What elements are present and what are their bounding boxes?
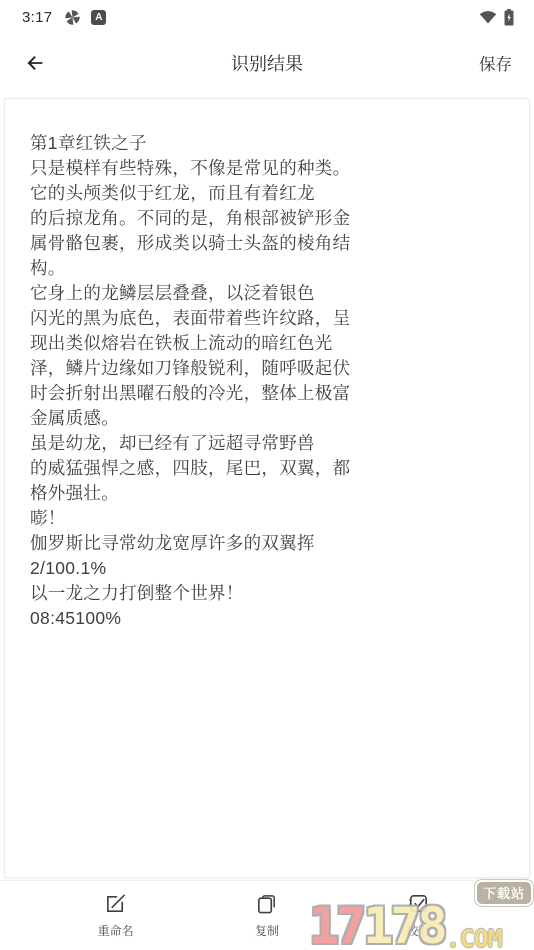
copy-button[interactable]: 复制 <box>191 891 342 944</box>
proofread-button[interactable]: 校对 <box>343 891 494 944</box>
input-method-a-icon: A <box>91 10 106 25</box>
copy-label: 复制 <box>255 922 279 939</box>
status-time: 3:17 <box>22 9 52 26</box>
result-card: 第1章红铁之子 只是模样有些特殊，不像是常见的种类。 它的头颅类似于红龙，而且有… <box>4 98 530 878</box>
app-bar: 识别结果 保存 <box>0 30 534 96</box>
proofread-label: 校对 <box>406 922 430 939</box>
copy-icon <box>255 891 279 915</box>
page-title: 识别结果 <box>0 50 534 76</box>
rename-label: 重命名 <box>98 922 134 939</box>
checkbox-check-icon <box>406 891 430 915</box>
back-button[interactable] <box>22 50 48 76</box>
arrow-left-icon <box>24 52 46 74</box>
status-left-icons: A <box>64 9 106 26</box>
status-bar: 3:17 A <box>0 0 534 30</box>
status-right-icons <box>479 9 514 26</box>
rename-button[interactable]: 重命名 <box>40 891 191 944</box>
recognized-text[interactable]: 第1章红铁之子 只是模样有些特殊，不像是常见的种类。 它的头颅类似于红龙，而且有… <box>5 99 529 651</box>
edit-square-icon <box>104 891 128 915</box>
battery-charging-icon <box>504 9 514 26</box>
wifi-icon <box>479 10 497 24</box>
sync-pinwheel-icon <box>64 9 81 26</box>
save-button[interactable]: 保存 <box>479 51 512 75</box>
bottom-action-bar: 重命名 复制 校对 <box>0 880 534 950</box>
